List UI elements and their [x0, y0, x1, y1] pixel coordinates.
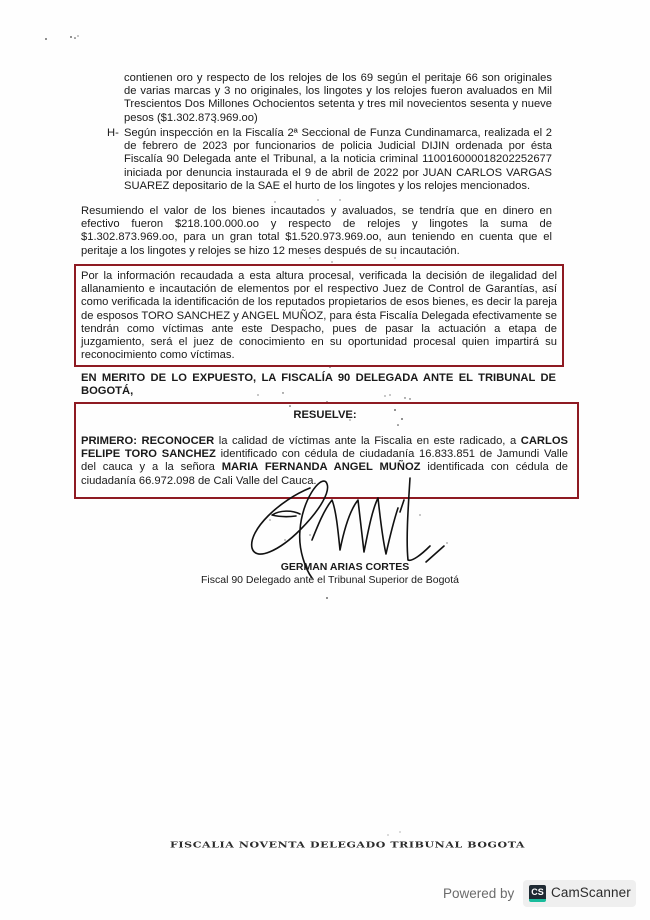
highlighted-paragraph: Por la información recaudada a esta altu… — [81, 270, 557, 362]
list-item-text: Según inspección en la Fiscalía 2ª Secci… — [124, 127, 552, 193]
resolution-heading: RESUELVE: — [0, 409, 650, 421]
scanned-document-page: contienen oro y respecto de los relojes … — [0, 0, 650, 920]
camscanner-logo-icon: CS — [529, 885, 546, 902]
resolution-text-segment: PRIMERO: RECONOCER — [81, 435, 214, 447]
resolution-text-segment: la calidad de víctimas ante la Fiscalia … — [214, 435, 521, 447]
powered-by-label: Powered by — [443, 886, 514, 901]
camscanner-badge[interactable]: CS CamScanner — [523, 880, 636, 907]
merit-heading: EN MERITO DE LO EXPUESTO, LA FISCALÍA 90… — [81, 372, 556, 398]
summary-paragraph: Resumiendo el valor de los bienes incaut… — [81, 205, 552, 258]
signatory-title: Fiscal 90 Delegado ante el Tribunal Supe… — [0, 574, 650, 586]
signatory-name: GERMAN ARIAS CORTES — [0, 561, 650, 573]
list-marker: H- — [107, 127, 119, 140]
list-item-h: H- Según inspección en la Fiscalía 2ª Se… — [107, 127, 552, 193]
continuation-paragraph: contienen oro y respecto de los relojes … — [124, 72, 552, 125]
camscanner-brand: CamScanner — [551, 885, 631, 900]
footer-stamp: FISCALIA NOVENTA DELEGADO TRIBUNAL BOGOT… — [170, 840, 525, 850]
